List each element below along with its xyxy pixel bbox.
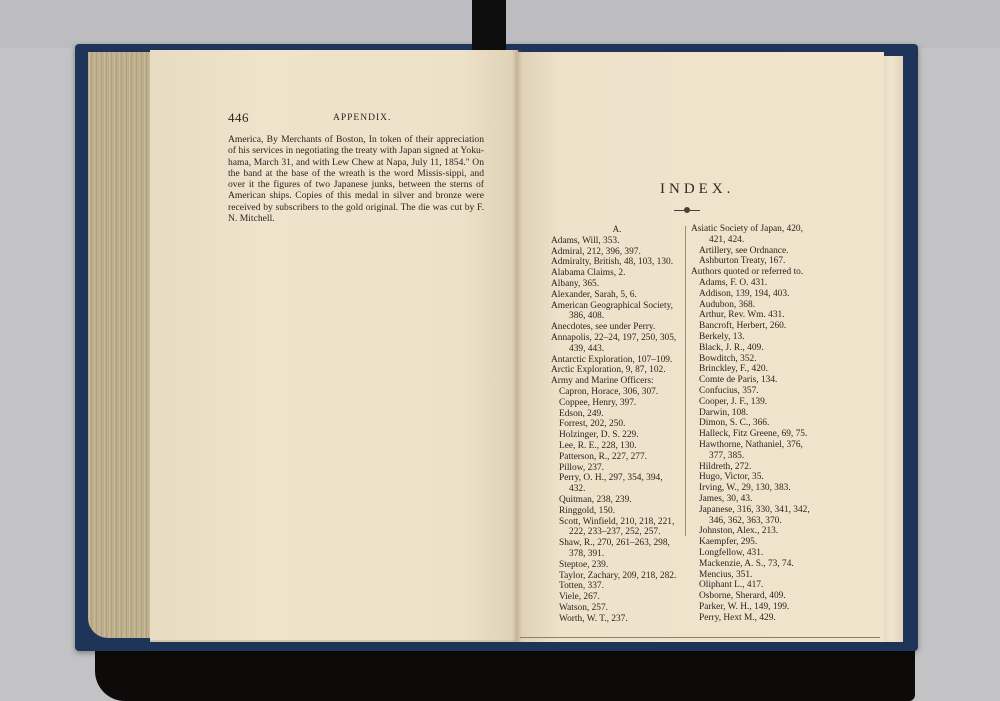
ornament-dot-icon [684, 207, 690, 213]
index-entry: Audubon, 368. [691, 300, 823, 311]
index-entry: Forrest, 202, 250. [551, 419, 683, 430]
index-entry: Dimon, S. C., 366. [691, 418, 823, 429]
index-entry: Darwin, 108. [691, 408, 823, 419]
ribbon-bookmark [472, 0, 506, 50]
index-entry: Arthur, Rev. Wm. 431. [691, 310, 823, 321]
index-entry: Perry, Hext M., 429. [691, 613, 823, 624]
index-entry: Confucius, 357. [691, 386, 823, 397]
index-entry: Osborne, Sherard, 409. [691, 591, 823, 602]
index-entry: Worth, W. T., 237. [551, 614, 683, 625]
index-entry: Steptoe, 239. [551, 560, 683, 571]
index-entry: Admiralty, British, 48, 103, 130. [551, 257, 683, 268]
index-entry: American Geographical Society, [551, 301, 683, 312]
index-entry: Patterson, R., 227, 277. [551, 452, 683, 463]
index-entry: Hawthorne, Nathaniel, 376, [691, 440, 823, 451]
index-column-right: Asiatic Society of Japan, 420,421, 424.A… [691, 224, 823, 623]
index-entry: Irving, W., 29, 130, 383. [691, 483, 823, 494]
running-head: APPENDIX. [333, 113, 391, 123]
index-entry: Cooper, J. F., 139. [691, 397, 823, 408]
index-entry: Edson, 249. [551, 409, 683, 420]
index-entry: Pillow, 237. [551, 463, 683, 474]
index-entry: Viele, 267. [551, 592, 683, 603]
index-entry: Quitman, 238, 239. [551, 495, 683, 506]
index-entry: Holzinger, D. S. 229. [551, 430, 683, 441]
index-entry: Alabama Claims, 2. [551, 268, 683, 279]
index-entry: Capron, Horace, 306, 307. [551, 387, 683, 398]
index-entry: Kaempfer, 295. [691, 537, 823, 548]
column-divider [685, 226, 686, 536]
index-entry: Arctic Exploration, 9, 87, 102. [551, 365, 683, 376]
index-entry: Mencius, 351. [691, 570, 823, 581]
index-entry: Annapolis, 22–24, 197, 250, 305, [551, 333, 683, 344]
index-entry: Shaw, R., 270, 261–263, 298, [551, 538, 683, 549]
index-entry: Bowditch, 352. [691, 354, 823, 365]
book-gutter [512, 50, 522, 642]
index-entry: Bancroft, Herbert, 260. [691, 321, 823, 332]
index-entry: Brinckley, F., 420. [691, 364, 823, 375]
index-entry: Authors quoted or referred to. [691, 267, 823, 278]
index-entry: 439, 443. [551, 344, 683, 355]
index-entry: 378, 391. [551, 549, 683, 560]
index-entry: Alexander, Sarah, 5, 6. [551, 290, 683, 301]
index-entry: Perry, O. H., 297, 354, 394, [551, 473, 683, 484]
index-entry: Addison, 139, 194, 403. [691, 289, 823, 300]
index-entry: Parker, W. H., 149, 199. [691, 602, 823, 613]
index-entry: Asiatic Society of Japan, 420, [691, 224, 823, 235]
index-entry: Adams, F. O. 431. [691, 278, 823, 289]
index-entry: Oliphant L., 417. [691, 580, 823, 591]
deckle-edge [520, 637, 880, 642]
index-entry: Hugo, Victor, 35. [691, 472, 823, 483]
index-entry: Albany, 365. [551, 279, 683, 290]
index-title: INDEX. [660, 181, 734, 198]
appendix-body-text: America, By Merchants of Boston, In toke… [228, 134, 484, 224]
index-entry: Admiral, 212, 396, 397. [551, 247, 683, 258]
index-entry: 386, 408. [551, 311, 683, 322]
index-entry: Ashburton Treaty, 167. [691, 256, 823, 267]
index-entry: Ringgold, 150. [551, 506, 683, 517]
index-entry: Watson, 257. [551, 603, 683, 614]
section-letter: A. [551, 224, 683, 235]
index-entry: Johnston, Alex., 213. [691, 526, 823, 537]
index-entry: 222, 233–237, 252, 257. [551, 527, 683, 538]
index-entry: 346, 362, 363, 370. [691, 516, 823, 527]
index-entry: Adams, Will, 353. [551, 236, 683, 247]
page-number: 446 [228, 110, 249, 126]
index-entry: Hildreth, 272. [691, 462, 823, 473]
index-entry: Artillery, see Ordnance. [691, 246, 823, 257]
index-entry: 377, 385. [691, 451, 823, 462]
index-entry: Taylor, Zachary, 209, 218, 282. [551, 571, 683, 582]
index-entry: Army and Marine Officers: [551, 376, 683, 387]
index-entry: Comte de Paris, 134. [691, 375, 823, 386]
index-entry: Black, J. R., 409. [691, 343, 823, 354]
index-entry: Berkely, 13. [691, 332, 823, 343]
index-entry: 421, 424. [691, 235, 823, 246]
index-entry: Anecdotes, see under Perry. [551, 322, 683, 333]
index-entry: Scott, Winfield, 210, 218, 221, [551, 517, 683, 528]
index-entry: Japanese, 316, 330, 341, 342, [691, 505, 823, 516]
index-entry: 432. [551, 484, 683, 495]
index-entry: Halleck, Fitz Greene, 69, 75. [691, 429, 823, 440]
index-entry: Totten, 337. [551, 581, 683, 592]
index-entry: Coppee, Henry, 397. [551, 398, 683, 409]
page-edges-left [88, 52, 158, 638]
index-column-left: A. Adams, Will, 353.Admiral, 212, 396, 3… [551, 224, 683, 624]
index-entry: Mackenzie, A. S., 73, 74. [691, 559, 823, 570]
index-entry: Lee, R. E., 228, 130. [551, 441, 683, 452]
index-entry: Antarctic Exploration, 107–109. [551, 355, 683, 366]
index-entry: James, 30, 43. [691, 494, 823, 505]
index-entry: Longfellow, 431. [691, 548, 823, 559]
